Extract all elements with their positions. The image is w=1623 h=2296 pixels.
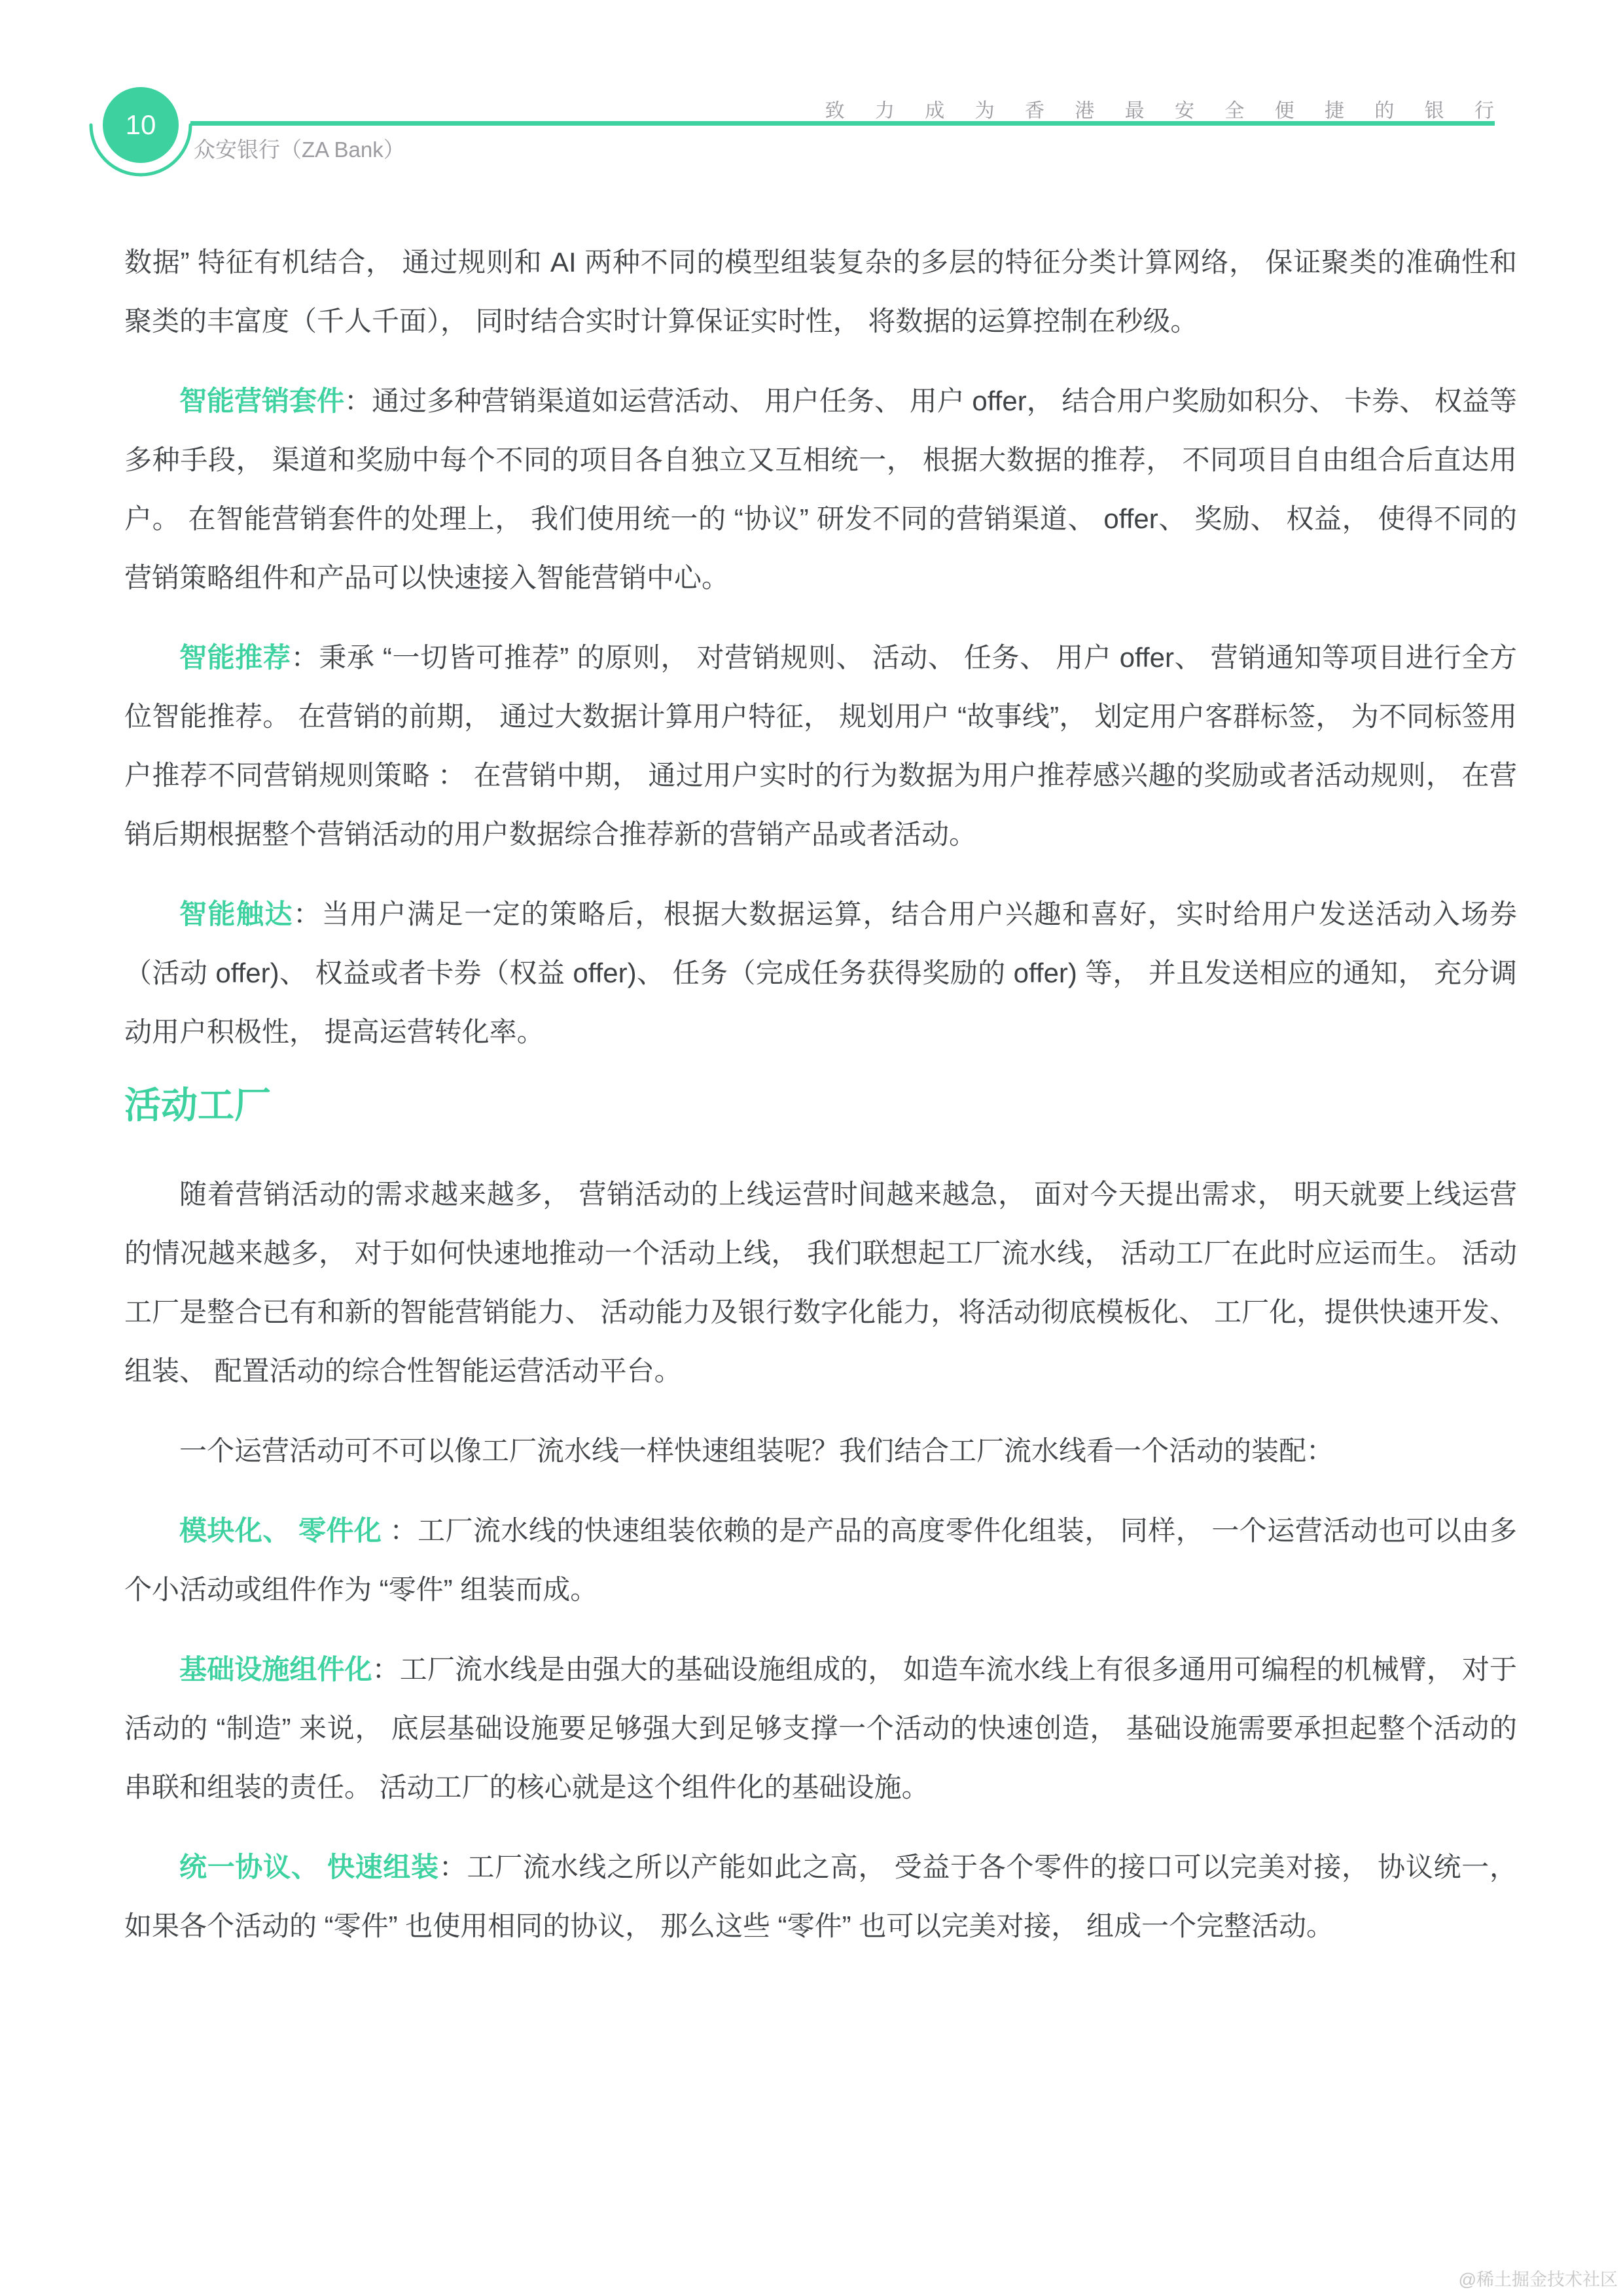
paragraph-text: 数据” 特征有机结合， 通过规则和 AI 两种不同的模型组装复杂的多层的特征分类… <box>124 247 1517 336</box>
paragraph-modularization: 模块化、 零件化 ：工厂流水线的快速组装依赖的是产品的高度零件化组装， 同样， … <box>124 1501 1517 1619</box>
paragraph-assembly-question: 一个运营活动可不可以像工厂流水线一样快速组装呢？我们结合工厂流水线看一个活动的装… <box>124 1422 1517 1480</box>
page-number: 10 <box>126 109 156 141</box>
page-number-badge: 10 <box>103 87 179 163</box>
keyword-colon: ： <box>291 642 319 673</box>
keyword-marketing-suite: 智能营销套件 <box>179 386 344 416</box>
paragraph-text: 秉承 “一切皆可推荐” 的原则， 对营销规则、 活动、 任务、 用户 offer… <box>124 642 1517 850</box>
paragraph-data-features: 数据” 特征有机结合， 通过规则和 AI 两种不同的模型组装复杂的多层的特征分类… <box>124 233 1517 351</box>
keyword-modularization: 模块化、 零件化 <box>179 1515 382 1546</box>
paragraph-marketing-suite: 智能营销套件：通过多种营销渠道如运营活动、 用户任务、 用户 offer， 结合… <box>124 372 1517 607</box>
paragraph-unified-protocol: 统一协议、 快速组装：工厂流水线之所以产能如此之高， 受益于各个零件的接口可以完… <box>124 1838 1517 1956</box>
keyword-colon: ： <box>439 1852 467 1882</box>
keyword-colon: ： <box>293 899 322 929</box>
keyword-colon: ： <box>344 386 372 416</box>
paragraph-smart-recommend: 智能推荐：秉承 “一切皆可推荐” 的原则， 对营销规则、 活动、 任务、 用户 … <box>124 628 1517 864</box>
document-body: 数据” 特征有机结合， 通过规则和 AI 两种不同的模型组装复杂的多层的特征分类… <box>124 233 1517 1977</box>
paragraph-factory-intro: 随着营销活动的需求越来越多， 营销活动的上线运营时间越来越急， 面对今天提出需求… <box>124 1165 1517 1401</box>
watermark: @稀土掘金技术社区 <box>1459 2265 1618 2291</box>
keyword-colon: ： <box>382 1515 418 1546</box>
paragraph-text: 通过多种营销渠道如运营活动、 用户任务、 用户 offer， 结合用户奖励如积分… <box>124 386 1517 593</box>
paragraph-text: 随着营销活动的需求越来越多， 营销活动的上线运营时间越来越急， 面对今天提出需求… <box>124 1179 1517 1386</box>
keyword-colon: ： <box>372 1654 400 1685</box>
keyword-infrastructure: 基础设施组件化 <box>179 1654 372 1685</box>
header-divider-line <box>190 121 1495 126</box>
paragraph-text: 当用户满足一定的策略后，根据大数据运算，结合用户兴趣和喜好，实时给用户发送活动入… <box>124 899 1517 1047</box>
paragraph-infrastructure: 基础设施组件化：工厂流水线是由强大的基础设施组成的， 如造车流水线上有很多通用可… <box>124 1640 1517 1817</box>
bank-name-label: 众安银行（ZA Bank） <box>194 133 405 164</box>
section-heading-activity-factory: 活动工厂 <box>124 1085 1517 1126</box>
keyword-smart-reach: 智能触达 <box>179 899 293 929</box>
keyword-smart-recommend: 智能推荐 <box>179 642 291 673</box>
paragraph-text: 一个运营活动可不可以像工厂流水线一样快速组装呢？我们结合工厂流水线看一个活动的装… <box>179 1435 1334 1466</box>
keyword-unified-protocol: 统一协议、 快速组装 <box>179 1852 439 1882</box>
paragraph-smart-reach: 智能触达：当用户满足一定的策略后，根据大数据运算，结合用户兴趣和喜好，实时给用户… <box>124 885 1517 1062</box>
header-slogan: 致 力 成 为 香 港 最 安 全 便 捷 的 银 行 <box>825 94 1507 123</box>
